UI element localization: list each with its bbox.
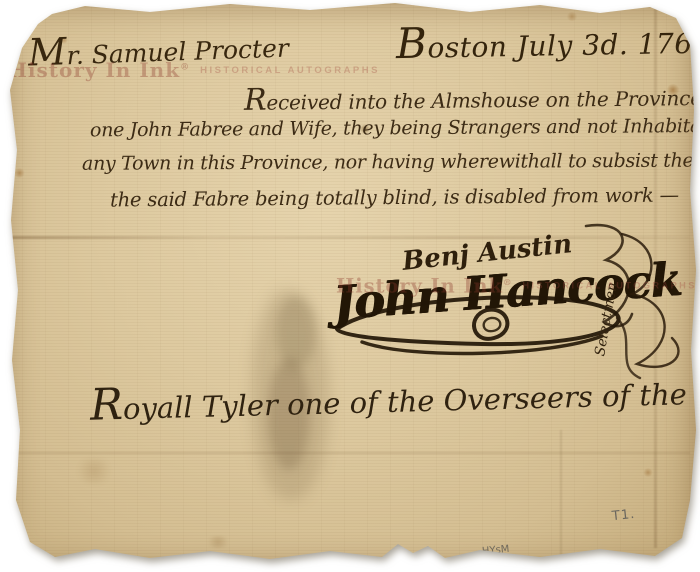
body-line: any Town in this Province, nor having wh…	[82, 149, 700, 175]
signature-john-hancock: John Hancock	[332, 252, 684, 330]
paper-shadow-wrap: Mr. Samuel Procter Boston July 3d. 1765 …	[0, 0, 700, 572]
fold-crease-horizontal	[14, 452, 690, 454]
addressee-line: Mr. Samuel Procter	[27, 21, 289, 74]
overseer-note: Royall Tyler one of the Overseers of the…	[89, 363, 700, 431]
body-line: one John Fabree and Wife, they being Str…	[90, 115, 700, 142]
fold-crease-vertical	[560, 430, 562, 565]
fold-crease-horizontal	[10, 236, 690, 239]
body-line: the said Fabre being totally blind, is d…	[110, 184, 679, 212]
stain-spot	[643, 468, 653, 477]
stain-spot	[205, 536, 231, 548]
body-line: Received into the Almshouse on the Provi…	[244, 77, 700, 118]
stain-spot	[14, 168, 25, 178]
document-paper: Mr. Samuel Procter Boston July 3d. 1765 …	[0, 0, 700, 572]
ink-transfer-smudge	[276, 296, 316, 368]
stain-spot	[74, 458, 114, 484]
pencil-mark-hy: HYsM	[482, 544, 510, 557]
dateline: Boston July 3d. 1765 —	[396, 13, 700, 68]
pencil-mark-t1: T1.	[611, 507, 636, 524]
scan-background: Mr. Samuel Procter Boston July 3d. 1765 …	[0, 0, 700, 572]
